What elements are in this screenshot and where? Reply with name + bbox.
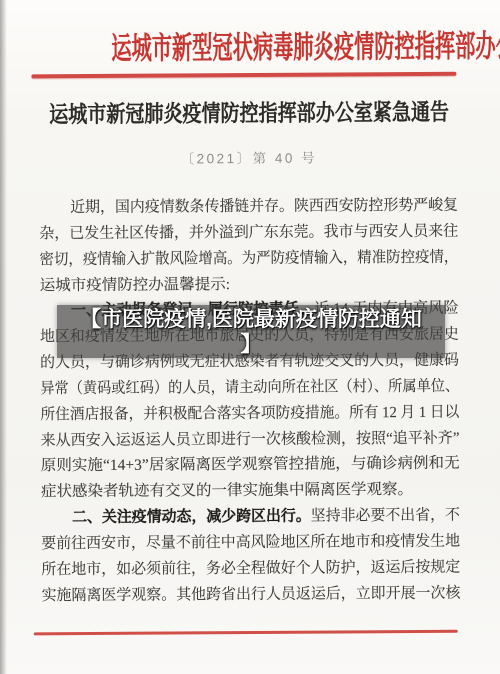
body-line: 杂，已发生社区传播，并外溢到广东东莞。我市与西安人员来往 <box>39 219 458 247</box>
body-lines: 近期，国内疫情数条传播链并存。陕西西安防控形势严峻复杂，已发生社区传播，并外溢到… <box>39 193 461 609</box>
notice-title: 运城市新冠肺炎疫情防控指挥部办公室紧急通告 <box>0 97 499 130</box>
body-line: 所在地市，如必须前往，务必全程做好个人防护，返运后按规定 <box>41 555 460 583</box>
scanned-notice-page: 运城市新型冠状病毒肺炎疫情防控指挥部办公室 运城市新冠肺炎疫情防控指挥部办公室紧… <box>0 0 500 674</box>
body-line: 异常（黄码或红码）的人员，请主动向所在社区（村）、所属单位、 <box>40 374 459 402</box>
caption-line-2: 】 <box>241 332 262 357</box>
body-line: 近期，国内疫情数条传播链并存。陕西西安防控形势严峻复 <box>39 193 458 221</box>
bottom-rule-line <box>34 630 458 636</box>
body-line: 原则实施“14+3”居家隔离医学观察管控措施，与确诊病例和无 <box>41 451 460 479</box>
body-text: 近期，国内疫情数条传播链并存。陕西西安防控形势严峻复杂，已发生社区传播，并外溢到… <box>39 193 461 609</box>
body-line: 实施隔离医学观察。其他跨省出行人员返运后，立即开展一次核 <box>41 580 460 608</box>
body-line: 密切，疫情输入扩散风险增高。为严防疫情输入，精准防控疫情， <box>39 244 458 272</box>
doc-number: 〔2021〕第 40 号 <box>0 145 499 168</box>
body-line: 要前往西安市，尽量不前往中高风险地区所在地市和疫情发生地 <box>41 529 460 557</box>
body-line: 运城市疫情防控办温馨提示: <box>40 270 459 298</box>
banner-rule-line <box>31 72 456 78</box>
notice-title-text: 运城市新冠肺炎疫情防控指挥部办公室紧急通告 <box>49 98 449 130</box>
body-line: 来从西安入运返运人员立即进行一次核酸检测，按照“追平补齐” <box>41 425 460 453</box>
org-banner-text: 运城市新型冠状病毒肺炎疫情防控指挥部办公室 <box>111 25 500 70</box>
caption-line-1: 【市医院疫情,医院最新疫情防控通知 <box>80 307 422 332</box>
caption-overlay: 【市医院疫情,医院最新疫情防控通知 】 <box>57 305 445 358</box>
body-line: 症状感染者轨迹有交叉的一律实施集中隔离医学观察。 <box>41 477 460 505</box>
section-heading: 二、关注疫情动态，减少跨区出行。 <box>72 508 311 526</box>
body-line: 二、关注疫情动态，减少跨区出行。坚持非必要不出省，不 <box>41 503 460 531</box>
org-banner: 运城市新型冠状病毒肺炎疫情防控指挥部办公室 <box>0 25 498 70</box>
body-line: 所住酒店报备，并积极配合落实各项防疫措施。所有 12 月 1 日以 <box>40 399 459 427</box>
